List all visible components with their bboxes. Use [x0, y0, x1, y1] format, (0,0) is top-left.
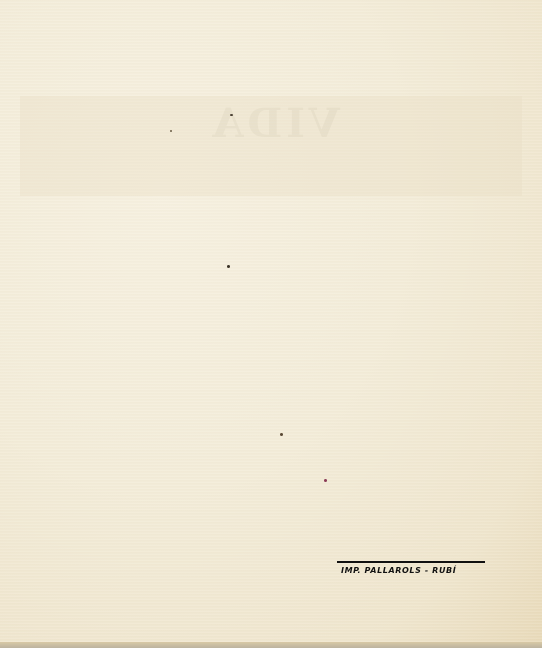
- paper-speck: [280, 433, 283, 436]
- paper-speck: [324, 479, 327, 482]
- bleed-through-text: VIDA: [210, 100, 340, 147]
- imprint-text: IMP. PALLAROLS - RUBÍ: [337, 566, 485, 575]
- paper-speck: [230, 114, 233, 116]
- card-bottom-edge: [0, 642, 542, 648]
- paper-speck: [227, 265, 230, 268]
- paper-card: VIDA IMP. PALLAROLS - RUBÍ: [0, 0, 542, 648]
- printer-imprint: IMP. PALLAROLS - RUBÍ: [337, 561, 485, 575]
- paper-speck: [170, 130, 172, 132]
